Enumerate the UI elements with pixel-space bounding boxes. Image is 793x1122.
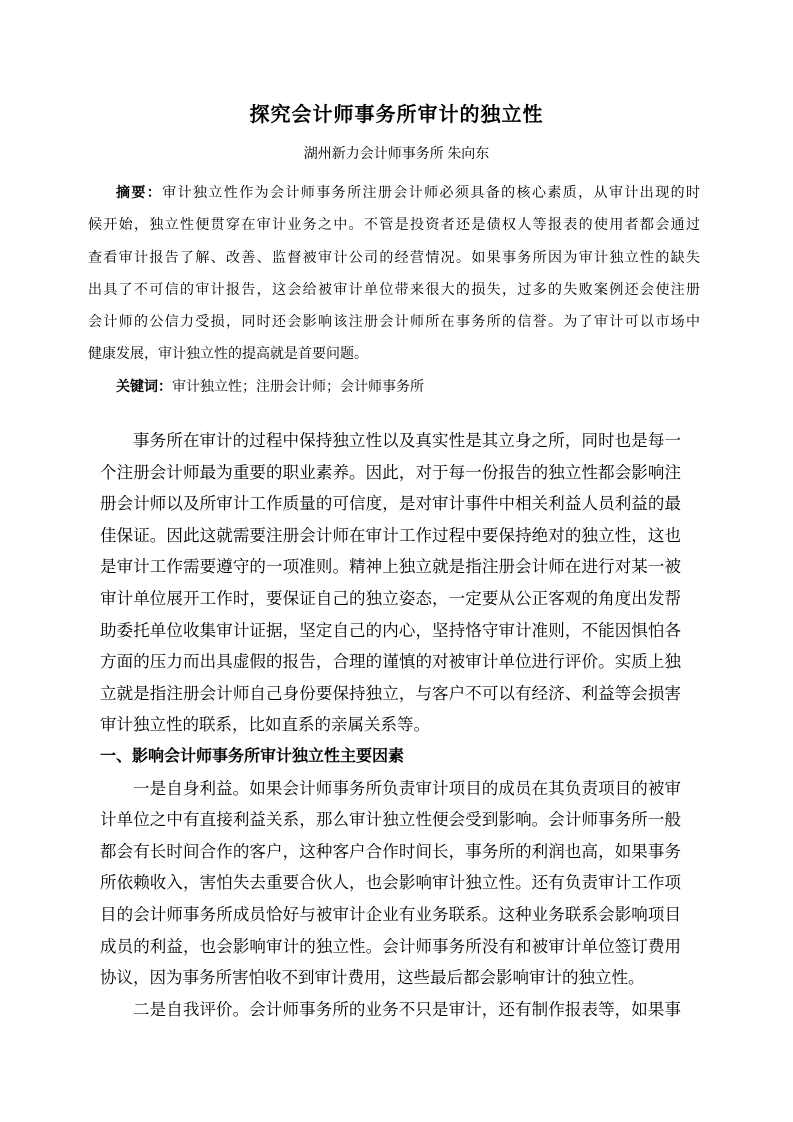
text-line: 佳保证。因此这就需要注册会计师在审计工作过程中要保持绝对的独立性，这也 — [100, 520, 681, 552]
text-line: 册会计师以及所审计工作质量的可信度，是对审计事件中相关利益人员利益的最 — [100, 488, 681, 520]
body-section: 事务所在审计的过程中保持独立性以及真实性是其立身之所，同时也是每一个注册会计师最… — [100, 425, 681, 1025]
inline-label: 摘要： — [116, 186, 162, 201]
text-line: 查看审计报告了解、改善、监督被审计公司的经营情况。如果事务所因为审计独立性的缺失 — [88, 243, 700, 275]
text-line: 审计单位展开工作时，要保证自己的独立姿态，一定要从公正客观的角度出发帮 — [100, 583, 681, 615]
abstract-lines: 摘要：审计独立性作为会计师事务所注册会计师必须具备的核心素质，从审计出现的时候开… — [88, 178, 700, 372]
text-line: 立就是指注册会计师自己身份要保持独立，与客户不可以有经济、利益等会损害 — [100, 678, 681, 710]
body-content: 事务所在审计的过程中保持独立性以及真实性是其立身之所，同时也是每一个注册会计师最… — [100, 425, 681, 1025]
text-line: 一是自身利益。如果会计师事务所负责审计项目的成员在其负责项目的被审 — [100, 773, 681, 805]
text-line: 方面的压力而出具虚假的报告，合理的谨慎的对被审计单位进行评价。实质上独 — [100, 646, 681, 678]
text-line: 成员的利益，也会影响审计的独立性。会计师事务所没有和被审计单位签订费用 — [100, 931, 681, 963]
text-line: 是审计工作需要遵守的一项准则。精神上独立就是指注册会计师在进行对某一被 — [100, 551, 681, 583]
author-line: 湖州新力会计师事务所 朱向东 — [0, 143, 793, 163]
text-line: 目的会计师事务所成员恰好与被审计企业有业务联系。这种业务联系会影响项目 — [100, 899, 681, 931]
text-line: 二是自我评价。会计师事务所的业务不只是审计，还有制作报表等，如果事 — [100, 994, 681, 1026]
text-line: 协议，因为事务所害怕收不到审计费用，这些最后都会影响审计的独立性。 — [100, 962, 681, 994]
document-page: 探究会计师事务所审计的独立性 湖州新力会计师事务所 朱向东 摘要：审计独立性作为… — [0, 0, 793, 1122]
text-line: 健康发展，审计独立性的提高就是首要问题。 — [88, 339, 700, 371]
page-title: 探究会计师事务所审计的独立性 — [0, 98, 793, 127]
text-line: 助委托单位收集审计证据，坚定自己的内心，坚持恪守审计准则，不能因惧怕各 — [100, 615, 681, 647]
text-line: 摘要：审计独立性作为会计师事务所注册会计师必须具备的核心素质，从审计出现的时 — [88, 178, 700, 210]
section-heading: 一、影响会计师事务所审计独立性主要因素 — [100, 741, 681, 773]
text-line: 都会有长时间合作的客户，这种客户合作时间长，事务所的利润也高，如果事务 — [100, 836, 681, 868]
text-line: 计单位之中有直接利益关系，那么审计独立性便会受到影响。会计师事务所一般 — [100, 804, 681, 836]
text-line: 会计师的公信力受损，同时还会影响该注册会计师所在事务所的信誉。为了审计可以市场中 — [88, 307, 700, 339]
keywords-line: 关键词：审计独立性；注册会计师；会计师事务所 — [88, 372, 700, 404]
text-line: 个注册会计师最为重要的职业素养。因此，对于每一份报告的独立性都会影响注 — [100, 457, 681, 489]
keywords-label: 关键词： — [116, 380, 172, 395]
text-line: 所依赖收入，害怕失去重要合伙人，也会影响审计独立性。还有负责审计工作项 — [100, 867, 681, 899]
text-line: 候开始，独立性便贯穿在审计业务之中。不管是投资者还是债权人等报表的使用者都会通过 — [88, 210, 700, 242]
text-line: 事务所在审计的过程中保持独立性以及真实性是其立身之所，同时也是每一 — [100, 425, 681, 457]
keywords-text: 审计独立性；注册会计师；会计师事务所 — [172, 380, 424, 395]
abstract-section: 摘要：审计独立性作为会计师事务所注册会计师必须具备的核心素质，从审计出现的时候开… — [88, 178, 700, 404]
text-line: 出具了不可信的审计报告，这会给被审计单位带来很大的损失，过多的失败案例还会使注册 — [88, 275, 700, 307]
text-line: 审计独立性的联系，比如直系的亲属关系等。 — [100, 709, 681, 741]
